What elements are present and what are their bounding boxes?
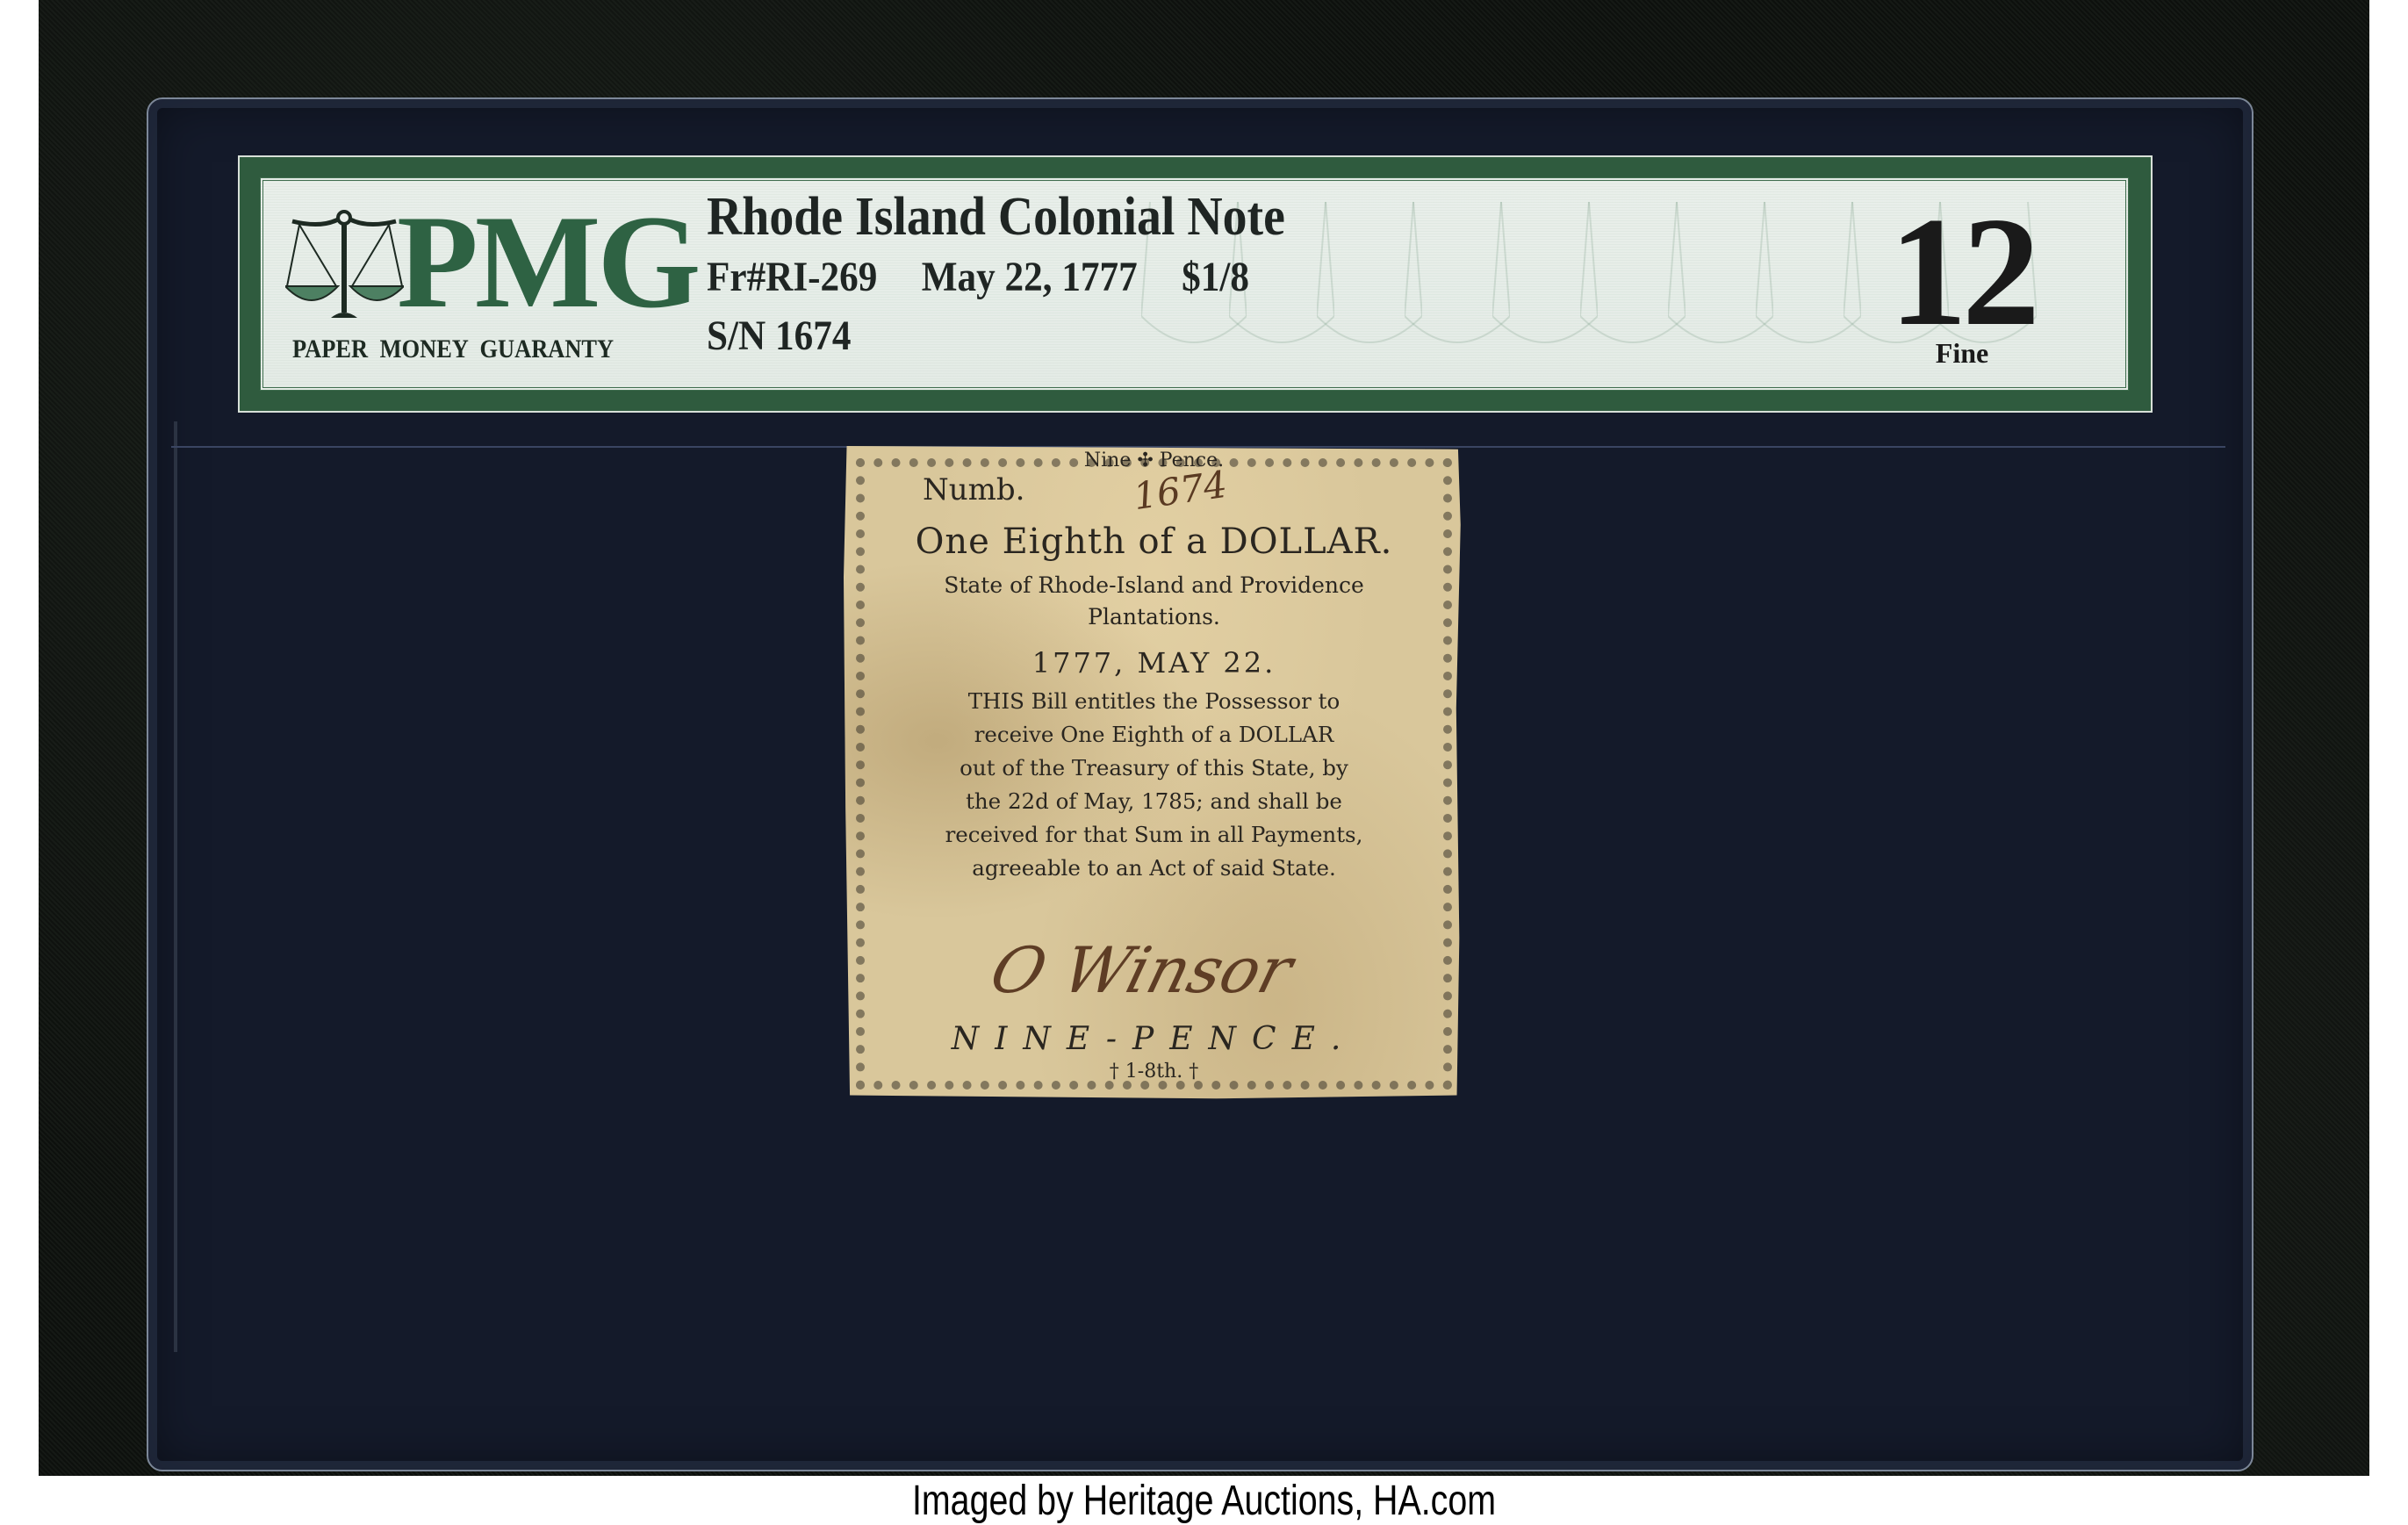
note-denomination-words: NINE-PENCE. bbox=[844, 1021, 1464, 1057]
note-body-line: receive One Eighth of a DOLLAR bbox=[879, 718, 1429, 752]
pmg-logo-text: PMG bbox=[397, 195, 698, 328]
note-body-line: out of the Treasury of this State, by bbox=[879, 752, 1429, 785]
issue-date: May 22, 1777 bbox=[922, 254, 1138, 300]
note-body-line: the 22d of May, 1785; and shall be bbox=[879, 785, 1429, 818]
note-heading: One Eighth of a DOLLAR. bbox=[844, 522, 1464, 562]
colonial-banknote: Nine ✣ Pence. Numb. 1674 One Eighth of a… bbox=[844, 446, 1464, 1102]
catalog-number: Fr#RI-269 bbox=[707, 254, 877, 300]
note-top-legend: Nine ✣ Pence. bbox=[844, 450, 1464, 471]
note-body-line: received for that Sum in all Payments, bbox=[879, 818, 1429, 852]
note-date-line: 1777, MAY 22. bbox=[844, 646, 1464, 680]
note-title: Rhode Island Colonial Note bbox=[707, 186, 1285, 248]
holder-inner-edge bbox=[174, 421, 177, 1352]
grade-number: 12 bbox=[1879, 193, 2045, 349]
note-body-line: agreeable to an Act of said State. bbox=[879, 852, 1429, 885]
note-plantations: Plantations. bbox=[844, 604, 1464, 629]
note-body-line: THIS Bill entitles the Possessor to bbox=[879, 685, 1429, 718]
note-bottom-legend: † 1-8th. † bbox=[844, 1061, 1464, 1083]
note-numb-label: Numb. bbox=[923, 472, 1543, 507]
grade-description: Fine bbox=[1879, 337, 2045, 370]
note-signature: O Winsor bbox=[983, 933, 1300, 1007]
scales-of-justice-icon bbox=[285, 209, 404, 327]
image-credit-caption: Imaged by Heritage Auctions, HA.com bbox=[217, 1477, 2191, 1525]
note-details: Fr#RI-269 May 22, 1777 $1/8 bbox=[707, 253, 1284, 301]
note-state-line: State of Rhode-Island and Providence bbox=[844, 572, 1464, 598]
pmg-subtitle: PAPER MONEY GUARANTY bbox=[292, 334, 614, 364]
holder-seam bbox=[171, 446, 2225, 448]
serial-number: S/N 1674 bbox=[707, 312, 851, 360]
denomination: $1/8 bbox=[1182, 254, 1249, 300]
note-body: THIS Bill entitles the Possessor to rece… bbox=[879, 685, 1429, 885]
